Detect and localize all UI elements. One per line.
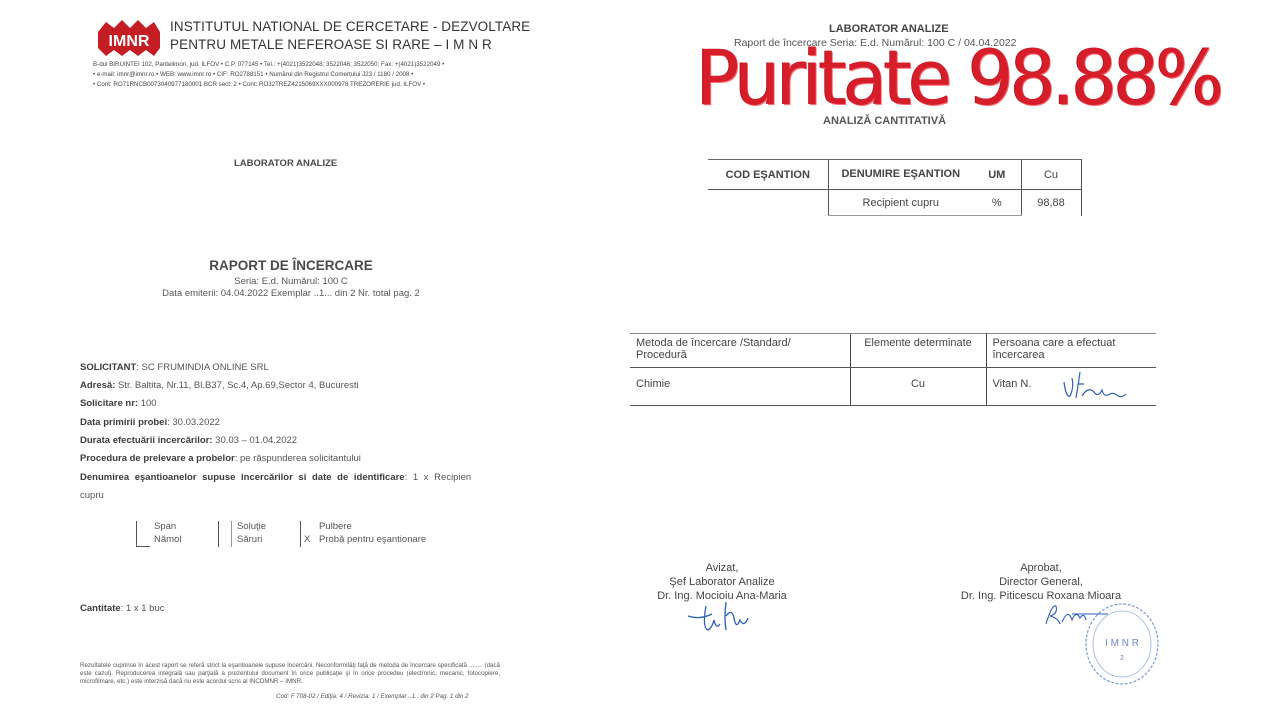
purity-overlay-text: Puritate 98.88% <box>696 40 1220 116</box>
field-request-number: Solicitare nr: 100 <box>80 398 157 409</box>
checkmark-x: X <box>304 534 310 545</box>
disclaimer-text: Rezultatele cuprinse în acest raport se … <box>80 662 500 686</box>
header-sample-name: DENUMIRE EŞANTION <box>828 160 973 190</box>
sample-type-solutie: Soluţie <box>237 521 266 532</box>
field-sample-received-date: Data primirii probei: 30.03.2022 <box>80 417 220 428</box>
checkbox-span-namol <box>136 521 150 547</box>
cell-sample-name: Recipient cupru <box>828 190 973 216</box>
lab-head-signature-icon <box>686 598 756 634</box>
institute-stamp-icon: I M N R 2 <box>1082 600 1162 688</box>
table-row: Recipient cupru % 98,88 <box>708 190 1081 216</box>
cell-unit: % <box>973 190 1021 216</box>
field-sample-name-cont: cupru <box>80 490 104 501</box>
header-sample-code: COD EŞANTION <box>708 160 828 190</box>
checkbox-solutie-saruri <box>218 521 232 547</box>
contact-web-line: • e-mail: imnr@imnr.ro • WEB: www.imnr.r… <box>93 71 413 78</box>
field-sampling-procedure: Procedura de prelevare a probelor: pe ră… <box>80 453 361 464</box>
cell-elements: Cu <box>850 368 986 406</box>
header-cu: Cu <box>1021 160 1081 190</box>
lab-title-left: LABORATOR ANALIZE <box>234 158 337 169</box>
form-code-footer: Cod: F 708-02 / Ediţia: 4 / Revizia: 1 /… <box>276 693 469 700</box>
field-quantity: Cantitate: 1 x 1 buc <box>80 603 165 614</box>
report-title: RAPORT DE ÎNCERCARE <box>0 258 582 273</box>
sign-left-role: Şef Laborator Analize <box>622 575 822 589</box>
signature-block-director: Aprobat, Director General, Dr. Ing. Piti… <box>936 561 1146 603</box>
cell-method: Chimie <box>630 368 850 406</box>
sample-type-saruri: Săruri <box>237 534 262 545</box>
header-unit: UM <box>973 160 1021 190</box>
contact-bank-line: • Cont: RO71RNCB0073040977180001 BCR sec… <box>93 81 425 88</box>
sample-type-span: Span <box>154 521 176 532</box>
report-date-line: Data emiterii: 04.04.2022 Exemplar ..1..… <box>0 288 582 299</box>
sign-right-line1: Aprobat, <box>936 561 1146 575</box>
header-tester: Persoana care a efectuat încercarea <box>986 334 1156 368</box>
header-elements: Elemente determinate <box>850 334 986 368</box>
sample-type-namol: Nămol <box>154 534 181 545</box>
field-sample-name: Denumirea eşantioanelor supuse incercări… <box>80 472 471 483</box>
svg-text:I M N R: I M N R <box>1105 638 1139 649</box>
svg-text:IMNR: IMNR <box>109 33 150 50</box>
signature-block-lab-head: Avizat, Şef Laborator Analize Dr. Ing. M… <box>622 561 822 603</box>
field-test-duration: Durata efectuării incercărilor: 30.03 – … <box>80 435 297 446</box>
report-series: Seria: E.d. Numărul: 100 C <box>0 276 582 287</box>
header-method: Metoda de încercare /Standard/ Procedură <box>630 334 850 368</box>
checkbox-pulbere-proba <box>300 521 301 547</box>
cell-cu-value: 98,88 <box>1021 190 1081 216</box>
sign-right-role: Director General, <box>936 575 1146 589</box>
contact-address-line: B-dul BIRUINTEI 102, Pantelimon, jud. IL… <box>93 61 444 68</box>
field-address: Adresă: Str. Baltita, Nr.11, Bl.B37, Sc.… <box>80 380 359 391</box>
tester-signature-icon <box>1060 368 1130 404</box>
results-table: COD EŞANTION DENUMIRE EŞANTION UM Cu Rec… <box>708 159 1082 216</box>
cell-sample-code <box>708 190 828 216</box>
field-solicitant: SOLICITANT: SC FRUMINDIA ONLINE SRL <box>80 362 269 373</box>
institute-name-line2: PENTRU METALE NEFEROASE SI RARE – I M N … <box>170 37 492 52</box>
sign-left-line1: Avizat, <box>622 561 822 575</box>
institute-name-line1: INSTITUTUL NATIONAL DE CERCETARE - DEZVO… <box>170 19 530 34</box>
svg-text:2: 2 <box>1120 655 1124 662</box>
sample-type-pulbere: Pulbere <box>319 521 352 532</box>
imnr-logo: IMNR <box>96 18 162 58</box>
sample-type-proba: Probă pentru eşantionare <box>319 534 426 545</box>
